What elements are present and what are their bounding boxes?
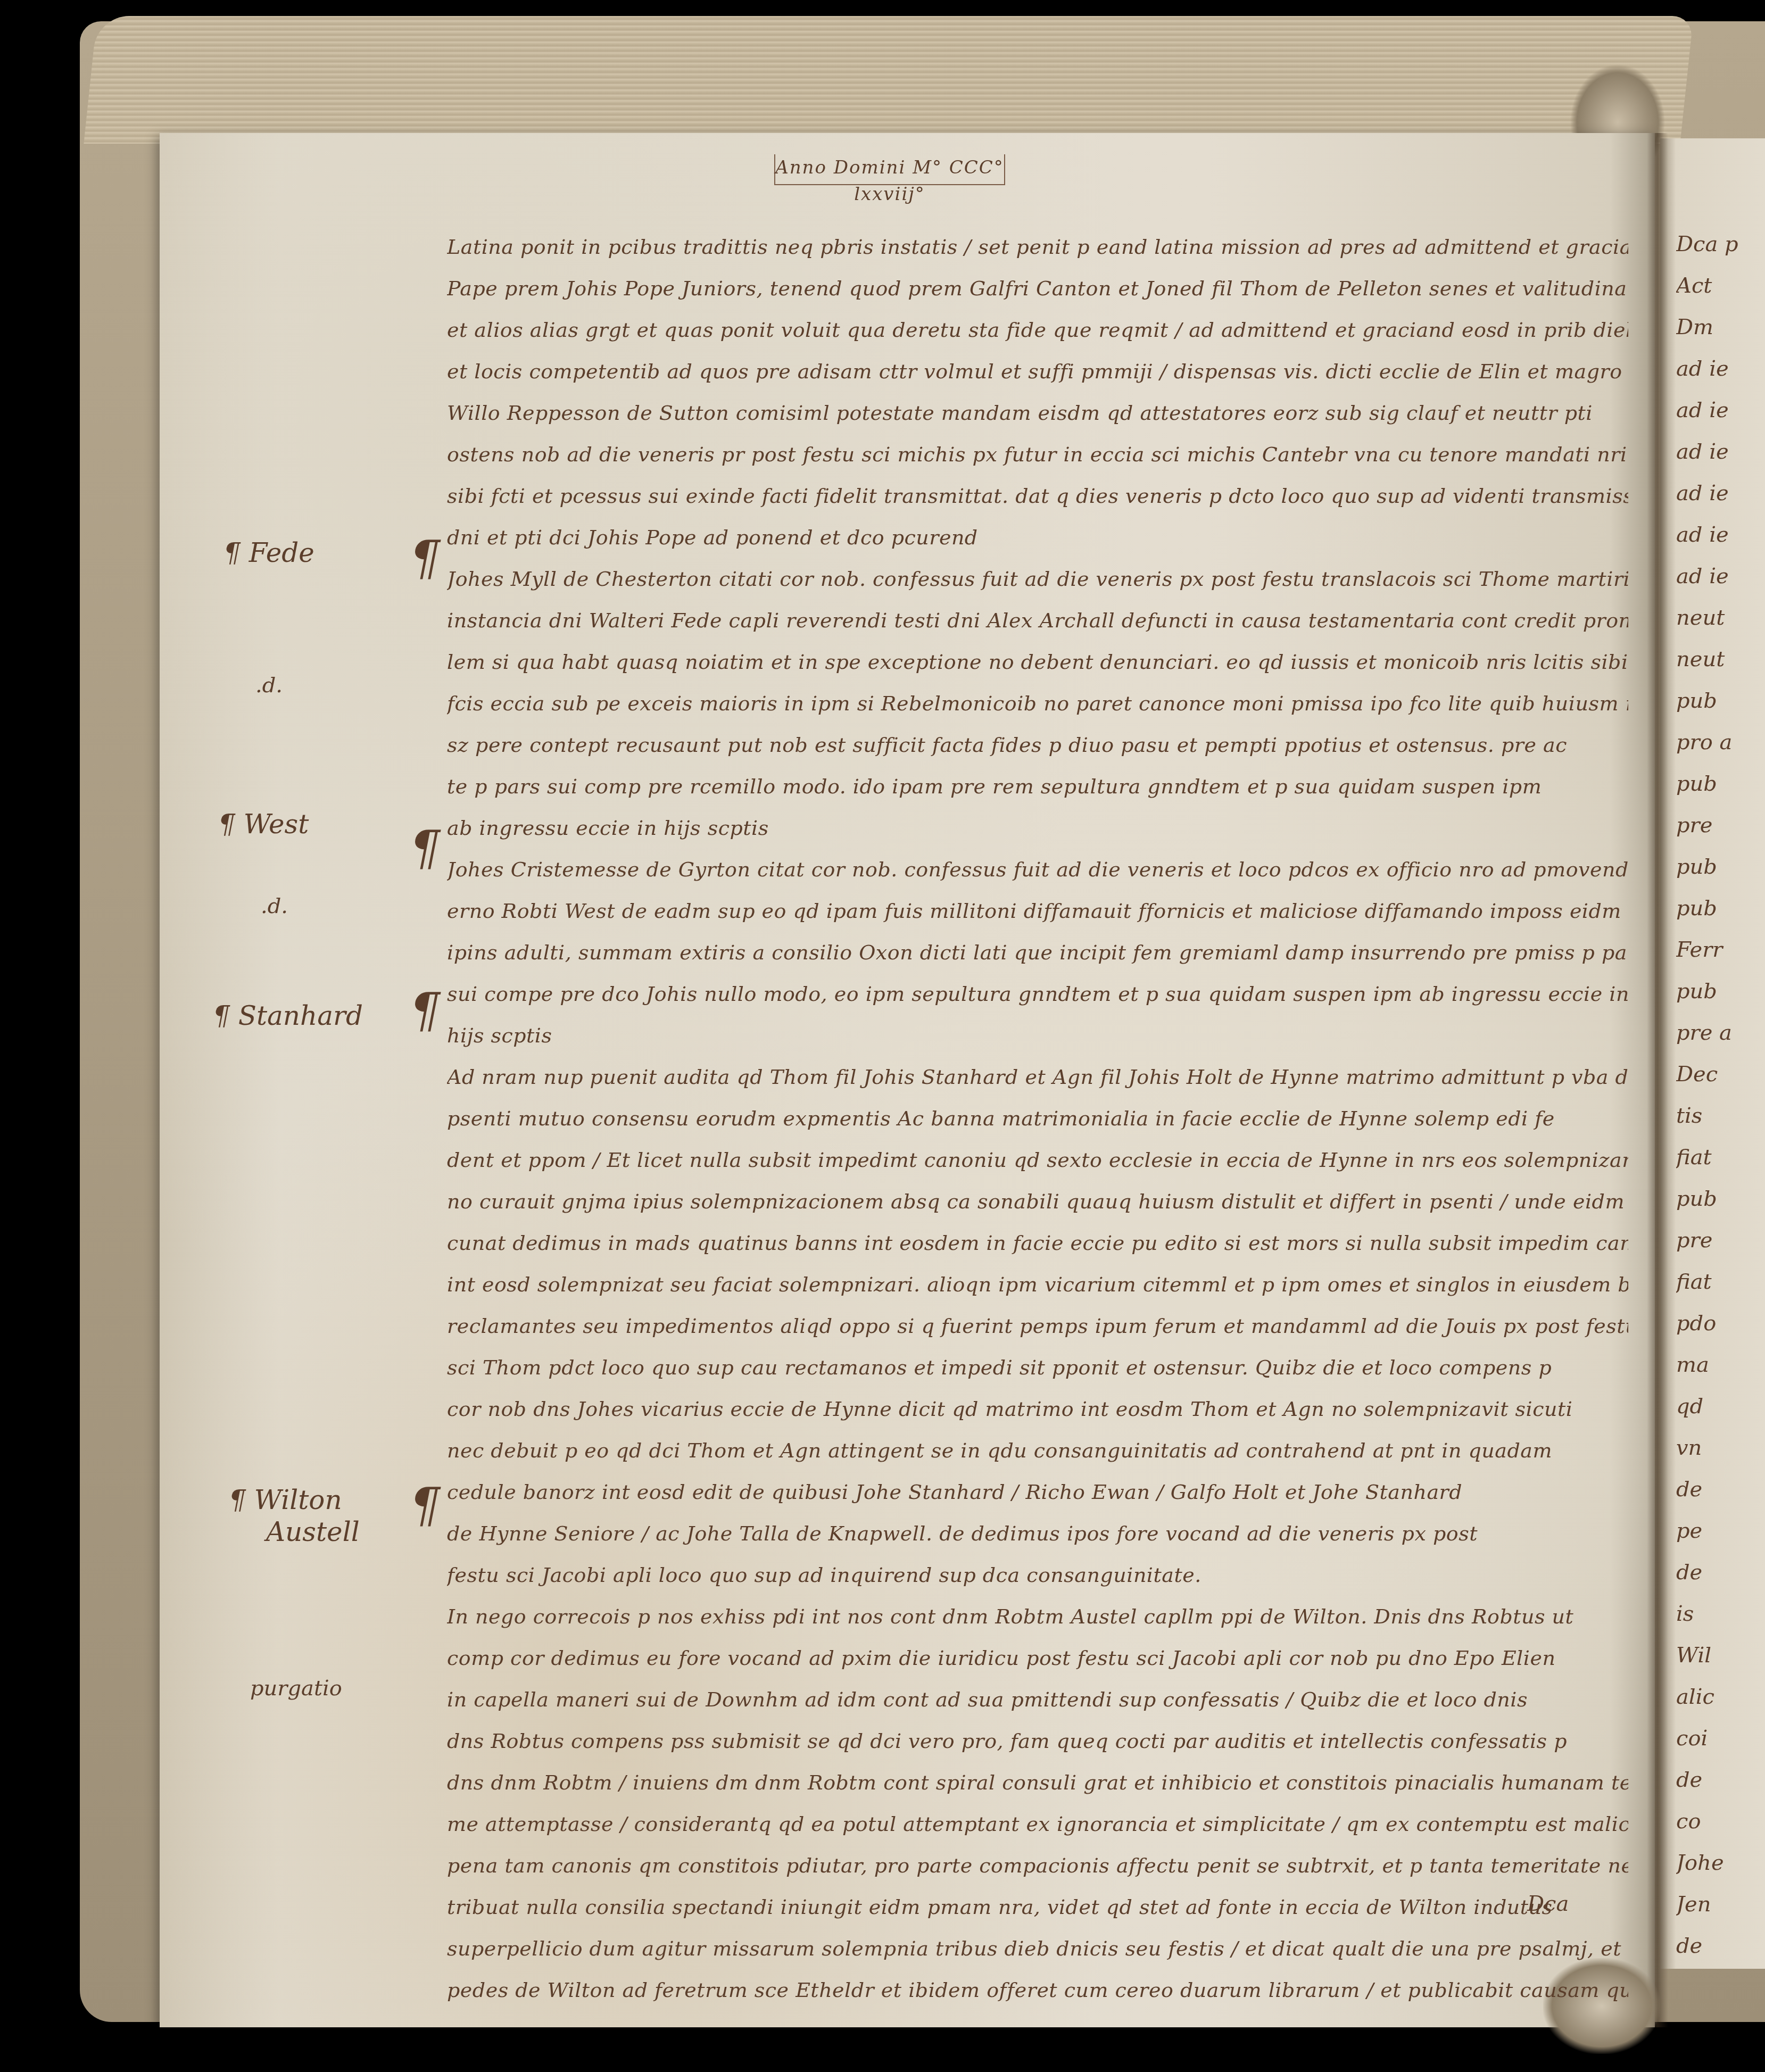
- text-line: cunat dedimus in mads quatinus banns int…: [447, 1222, 1628, 1264]
- text-line: festu sci Jacobi apli loco quo sup ad in…: [447, 1554, 1628, 1596]
- text-line: Pape prem Johis Pope Juniors, tenend quo…: [447, 268, 1628, 309]
- text-line: de Hynne Seniore / ac Johe Talla de Knap…: [447, 1513, 1628, 1554]
- facing-page-line: Wil: [1676, 1635, 1765, 1676]
- facing-page-line: fiat: [1676, 1261, 1765, 1303]
- text-line: psenti mutuo consensu eorudm expmentis A…: [447, 1098, 1628, 1139]
- facing-page-line: qd: [1676, 1386, 1765, 1427]
- paragraph-opening: Latina ponit in pcibus tradittis neq pbr…: [447, 226, 1628, 558]
- facing-page-line: ad ie: [1676, 431, 1765, 473]
- facing-page: Dca pActDmad iead iead iead iead iead ie…: [1660, 138, 1765, 1969]
- margin-note-stanhard: ¶ Stanhard: [213, 1000, 363, 1031]
- page-stack-top-edge: [84, 16, 1693, 144]
- facing-page-line: Ferr: [1676, 929, 1765, 971]
- facing-page-line: pub: [1676, 846, 1765, 888]
- text-line: dns dnm Robtm / inuiens dm dnm Robtm con…: [447, 1762, 1628, 1803]
- text-line: cor nob dns Johes vicarius eccie de Hynn…: [447, 1388, 1628, 1430]
- text-line: cedule banorz int eosd edit de quibusi J…: [447, 1471, 1628, 1513]
- margin-note-purgatio: purgatio: [250, 1676, 342, 1701]
- facing-page-line: de: [1676, 1552, 1765, 1593]
- text-line: Ad nram nup puenit audita qd Thom fil Jo…: [447, 1056, 1628, 1098]
- facing-page-line: neut: [1676, 639, 1765, 680]
- text-line: reclamantes seu impedimentos aliqd oppo …: [447, 1305, 1628, 1347]
- paragraph-mark-icon: ¶: [410, 825, 440, 873]
- facing-page-line: ad ie: [1676, 348, 1765, 389]
- paragraph-stanhard: Ad nram nup puenit audita qd Thom fil Jo…: [447, 1056, 1628, 1596]
- margin-note-austell: Austell: [266, 1516, 360, 1547]
- facing-page-line: pub: [1676, 888, 1765, 929]
- text-line: in capella maneri sui de Downhm ad idm c…: [447, 1679, 1628, 1720]
- text-line: nec debuit p eo qd dci Thom et Agn attin…: [447, 1430, 1628, 1471]
- text-line: superpellicio dum agitur missarum solemp…: [447, 1928, 1628, 1969]
- facing-page-line: fiat: [1676, 1137, 1765, 1178]
- margin-note-wilton: ¶ Wilton: [229, 1485, 342, 1515]
- text-line: ipins adulti, summam extiris a consilio …: [447, 932, 1628, 973]
- facing-page-line: ma: [1676, 1344, 1765, 1386]
- text-line: Johes Cristemesse de Gyrton citat cor no…: [447, 849, 1628, 890]
- facing-page-line: pdo: [1676, 1303, 1765, 1344]
- paragraph-fede: Johes Myll de Chesterton citati cor nob.…: [447, 558, 1628, 849]
- facing-page-line: de: [1676, 1469, 1765, 1510]
- text-line: hijs scptis: [447, 1015, 1628, 1056]
- facing-page-line: pre: [1676, 1220, 1765, 1261]
- text-line: tribuat nulla consilia spectandi iniungi…: [447, 1886, 1628, 1928]
- facing-page-line: Johe: [1676, 1842, 1765, 1884]
- facing-page-line: Dm: [1676, 306, 1765, 348]
- catchword: Dca: [1527, 1892, 1569, 1916]
- text-line: sz pere contept recusaunt put nob est su…: [447, 724, 1628, 766]
- text-line: Latina ponit in pcibus tradittis neq pbr…: [447, 226, 1628, 268]
- margin-note-west-sub: .d.: [261, 894, 288, 918]
- facing-page-line: tis: [1676, 1095, 1765, 1137]
- facing-page-line: pre: [1676, 805, 1765, 846]
- facing-page-line: de: [1676, 1759, 1765, 1801]
- text-line: sui compe pre dco Johis nullo modo, eo i…: [447, 973, 1628, 1015]
- text-line: lem si qua habt quasq noiatim et in spe …: [447, 641, 1628, 683]
- facing-page-line: Dca p: [1676, 223, 1765, 265]
- facing-page-line: pub: [1676, 763, 1765, 805]
- text-line: te p pars sui comp pre rcemillo modo. id…: [447, 766, 1628, 807]
- running-head: Anno Domini M° CCC° lxxviij°: [774, 154, 1005, 185]
- facing-page-line: coi: [1676, 1718, 1765, 1759]
- text-line: Johes Myll de Chesterton citati cor nob.…: [447, 558, 1628, 600]
- facing-page-line: pe: [1676, 1510, 1765, 1552]
- text-line: et alios alias grgt et quas ponit voluit…: [447, 309, 1628, 351]
- text-line: me attemptasse / considerantq qd ea potu…: [447, 1803, 1628, 1845]
- paragraph-mark-icon: ¶: [223, 537, 249, 568]
- paragraph-wilton: In nego correcois p nos exhiss pdi int n…: [447, 1596, 1628, 2011]
- text-line: sci Thom pdct loco quo sup cau rectamano…: [447, 1347, 1628, 1388]
- facing-page-line: ad ie: [1676, 389, 1765, 431]
- paragraph-west: Johes Cristemesse de Gyrton citat cor no…: [447, 849, 1628, 1056]
- text-line: comp cor dedimus eu fore vocand ad pxim …: [447, 1637, 1628, 1679]
- paragraph-mark-icon: ¶: [229, 1485, 254, 1515]
- facing-page-line: Dec: [1676, 1054, 1765, 1095]
- facing-page-line: Jen: [1676, 1884, 1765, 1925]
- facing-page-line: alic: [1676, 1676, 1765, 1718]
- margin-note-fede: ¶ Fede: [223, 537, 314, 568]
- text-line: ab ingressu eccie in hijs scptis: [447, 807, 1628, 849]
- facing-page-line: neut: [1676, 597, 1765, 639]
- facing-page-line: ad ie: [1676, 556, 1765, 597]
- text-line: dns Robtus compens pss submisit se qd dc…: [447, 1720, 1628, 1762]
- text-line: instancia dni Walteri Fede capli reveren…: [447, 600, 1628, 641]
- text-line: ostens nob ad die veneris pr post festu …: [447, 434, 1628, 475]
- text-line: fcis eccia sub pe exceis maioris in ipm …: [447, 683, 1628, 724]
- text-line: pedes de Wilton ad feretrum sce Etheldr …: [447, 1969, 1628, 2011]
- text-line: no curauit gnjma ipius solempnizacionem …: [447, 1181, 1628, 1222]
- facing-page-line: is: [1676, 1593, 1765, 1635]
- text-line: int eosd solempnizat seu faciat solempni…: [447, 1264, 1628, 1305]
- paragraph-mark-icon: ¶: [410, 535, 440, 583]
- text-line: Willo Reppesson de Sutton comisiml potes…: [447, 392, 1628, 434]
- facing-page-line: pub: [1676, 1178, 1765, 1220]
- text-line: In nego correcois p nos exhiss pdi int n…: [447, 1596, 1628, 1637]
- text-line: erno Robti West de eadm sup eo qd ipam f…: [447, 890, 1628, 932]
- facing-page-line: de: [1676, 1925, 1765, 1967]
- facing-page-line: vn: [1676, 1427, 1765, 1469]
- facing-page-line: co: [1676, 1801, 1765, 1842]
- paragraph-mark-icon: ¶: [410, 987, 440, 1035]
- gutter-shadow: [1647, 133, 1668, 2027]
- facing-page-line: ad ie: [1676, 514, 1765, 556]
- paragraph-mark-icon: ¶: [410, 1482, 440, 1530]
- facing-page-line: pro a: [1676, 722, 1765, 763]
- text-line: dni et pti dci Johis Pope ad ponend et d…: [447, 517, 1628, 558]
- margin-note-fede-sub: .d.: [255, 673, 283, 698]
- facing-page-line: pub: [1676, 971, 1765, 1012]
- text-line: et locis competentib ad quos pre adisam …: [447, 351, 1628, 392]
- facing-page-line: ad ie: [1676, 473, 1765, 514]
- main-text-block: Latina ponit in pcibus tradittis neq pbr…: [447, 226, 1628, 2011]
- text-line: pena tam canonis qm constitois pdiutar, …: [447, 1845, 1628, 1886]
- text-line: sibi fcti et pcessus sui exinde facti fi…: [447, 475, 1628, 517]
- paragraph-mark-icon: ¶: [218, 809, 244, 840]
- text-line: dent et ppom / Et licet nulla subsit imp…: [447, 1139, 1628, 1181]
- paragraph-mark-icon: ¶: [213, 1000, 238, 1031]
- facing-page-line: pub: [1676, 680, 1765, 722]
- facing-page-line: Act: [1676, 265, 1765, 306]
- facing-page-text: Dca pActDmad iead iead iead iead iead ie…: [1676, 223, 1765, 1967]
- margin-note-west: ¶ West: [218, 809, 309, 840]
- facing-page-line: pre a: [1676, 1012, 1765, 1054]
